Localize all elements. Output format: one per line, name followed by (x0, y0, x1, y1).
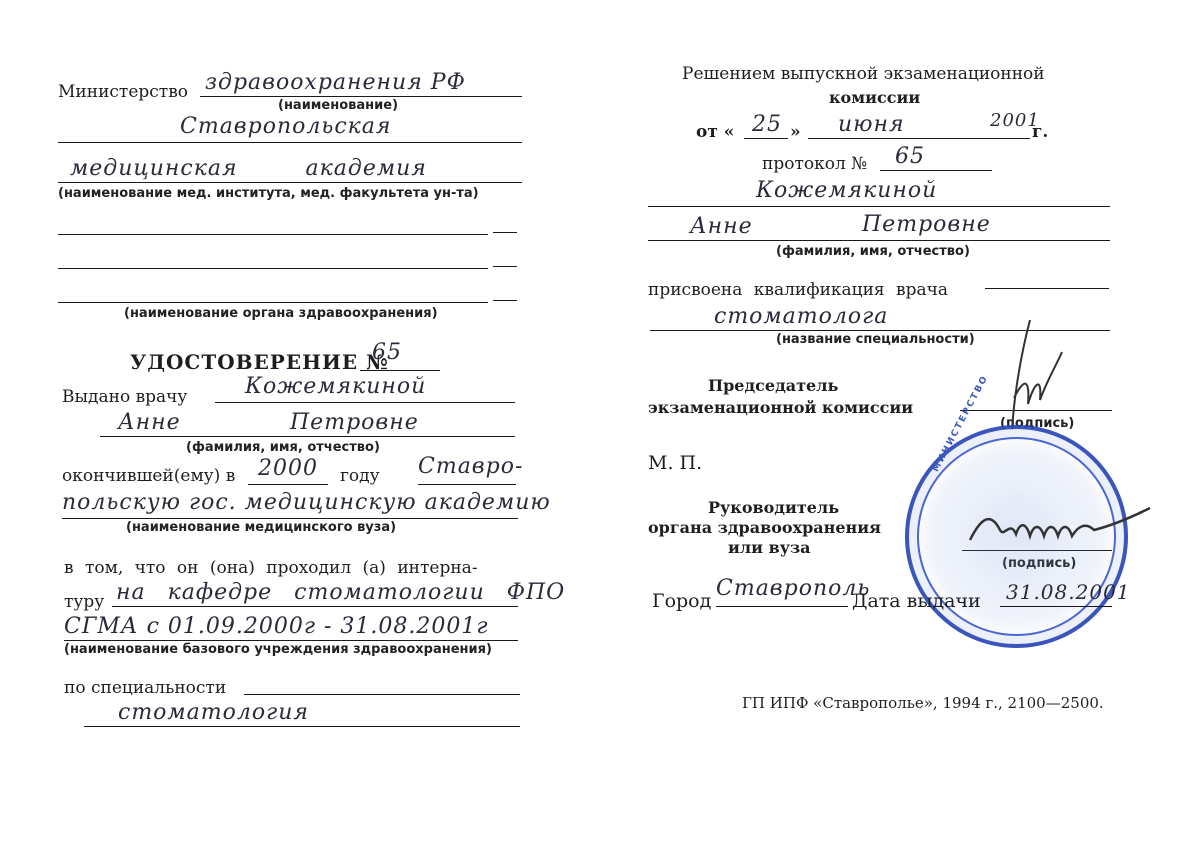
specialty-label: по специальности (64, 678, 226, 698)
qualification-label-underline (985, 288, 1109, 289)
internship-place1-underline (112, 606, 518, 607)
internship-label: туру (64, 592, 104, 612)
internship-place1: на кафедре стоматологии ФПО (116, 580, 565, 605)
institution-line1: Ставропольская (180, 114, 391, 139)
specialty-value-underline (84, 726, 520, 727)
issue-date-label: Дата выдачи (852, 590, 981, 612)
institution-underline-1 (58, 142, 522, 143)
chairman-line1: Председатель (708, 376, 838, 395)
issued-label: Выдано врачу (62, 387, 187, 407)
ministry-caption: (наименование) (278, 98, 398, 113)
institution-caption: (наименование мед. института, мед. факул… (58, 186, 479, 201)
issued-surname-underline (215, 402, 515, 403)
qualification-label: присвоена квалификация врача (648, 280, 948, 300)
health-body-line-2b (493, 266, 517, 267)
recipient-patronymic: Петровне (862, 212, 991, 237)
issued-name-underline (100, 436, 515, 437)
fio-caption-right: (фамилия, имя, отчество) (776, 244, 970, 259)
graduated-year: 2000 (258, 456, 318, 481)
city-value: Ставрополь (716, 576, 870, 601)
specialty-caption: (название специальности) (776, 332, 975, 347)
decision-line2: комиссии (829, 88, 920, 107)
stamp-text: МИНИСТЕРСТВО (931, 373, 991, 473)
health-body-line-2 (58, 268, 488, 269)
date-month-underline (808, 138, 996, 139)
city-underline (716, 606, 848, 607)
health-body-line-1 (58, 234, 488, 235)
qualification-value: стоматолога (714, 304, 888, 329)
issued-surname: Кожемякиной (245, 374, 426, 399)
head-line1: Руководитель (708, 498, 839, 517)
date-month: июня (838, 112, 905, 137)
health-body-line-3b (493, 300, 517, 301)
issued-patronymic: Петровне (290, 410, 419, 435)
city-label: Город (652, 590, 711, 612)
protocol-number: 65 (895, 144, 925, 169)
recipient-name: Анне (690, 214, 753, 239)
date-mid: » (790, 122, 801, 142)
internship-place2-underline (64, 640, 518, 641)
health-body-caption: (наименование органа здравоохранения) (124, 306, 438, 321)
date-day-underline (744, 138, 788, 139)
university-underline (62, 518, 518, 519)
graduated-label: окончившей(ему) в (62, 466, 235, 486)
internship-place2: СГМА с 01.09.2000г - 31.08.2001г (64, 614, 488, 639)
university-part1: Ставро- (418, 454, 523, 479)
year-label: году (340, 466, 380, 486)
date-day: 25 (752, 112, 782, 137)
head-line3: или вуза (728, 538, 811, 557)
certificate-number-underline (360, 370, 440, 371)
health-body-line-3 (58, 302, 488, 303)
protocol-underline (880, 170, 992, 171)
chairman-signature (1000, 318, 1070, 438)
date-year-underline (990, 138, 1030, 139)
issue-date-underline (1000, 606, 1112, 607)
university-caption: (наименование медицинского вуза) (126, 520, 396, 535)
recipient-surname: Кожемякиной (756, 178, 937, 203)
ministry-value: здравоохранения РФ (205, 70, 466, 95)
decision-line1: Решением выпускной экзаменационной (682, 64, 1045, 84)
institution-underline-2 (58, 182, 522, 183)
issue-date-value: 31.08.2001 (1006, 580, 1131, 604)
date-prefix: от « (696, 122, 734, 142)
certificate-number: 65 (372, 340, 402, 365)
base-caption: (наименование базового учреждения здраво… (64, 642, 492, 657)
chairman-line2: экзаменационной комиссии (648, 398, 913, 417)
protocol-label: протокол № (762, 154, 867, 174)
ministry-underline (200, 96, 522, 97)
university-part2: польскую гос. медицинскую академию (62, 490, 551, 515)
issued-name: Анне (118, 410, 181, 435)
specialty-value: стоматология (118, 700, 309, 725)
health-body-line-1b (493, 232, 517, 233)
recipient-surname-underline (648, 206, 1110, 207)
institution-line2: медицинская академия (70, 156, 427, 181)
date-suffix: г. (1032, 122, 1048, 142)
ministry-label: Министерство (58, 82, 188, 102)
seal-label: М. П. (648, 452, 702, 474)
recipient-name-underline (648, 240, 1110, 241)
university-part1-underline (418, 484, 516, 485)
certificate-title: УДОСТОВЕРЕНИЕ № (130, 350, 389, 374)
graduated-year-underline (248, 484, 328, 485)
specialty-label-underline (244, 694, 520, 695)
head-signature (960, 500, 1160, 560)
fio-caption-left: (фамилия, имя, отчество) (186, 440, 380, 455)
internship-text: в том, что он (она) проходил (а) интерна… (64, 558, 478, 578)
printer-info: ГП ИПФ «Ставрополье», 1994 г., 2100—2500… (742, 694, 1104, 712)
head-line2: органа здравоохранения (648, 518, 881, 537)
